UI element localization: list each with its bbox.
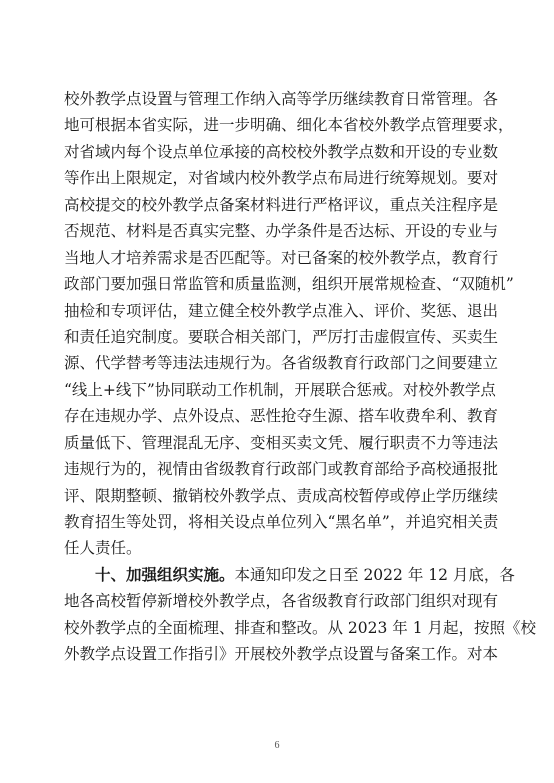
page-number: 6: [0, 740, 554, 751]
section-ten-heading: 十、加强组织实施。: [95, 566, 235, 584]
text-line: 高校提交的校外教学点备案材料进行严格评议，重点关注程序是: [64, 192, 486, 218]
text-line: 外教学点设置工作指引》开展校外教学点设置与备案工作。对本: [64, 641, 486, 667]
text-line: 存在违规办学、点外设点、恶性抢夺生源、搭车收费牟利、教育: [64, 403, 486, 429]
text-line: 对省域内每个设点单位承接的高校校外教学点数和开设的专业数: [64, 139, 486, 165]
section-ten-first-line: 十、加强组织实施。本通知印发之日至 2022 年 12 月底，各: [64, 562, 486, 588]
text-line: 政部门要加强日常监管和质量监测，组织开展常规检查、“双随机”: [64, 271, 486, 297]
body-text: 校外教学点设置与管理工作纳入高等学历继续教育日常管理。各 地可根据本省实际，进一…: [64, 86, 486, 668]
text-line: 当地人才培养需求是否匹配等。对已备案的校外教学点，教育行: [64, 245, 486, 271]
text-line: 质量低下、管理混乱无序、变相买卖文凭、履行职责不力等违法: [64, 430, 486, 456]
text-line: 校外教学点设置与管理工作纳入高等学历继续教育日常管理。各: [64, 86, 486, 112]
text-line: “线上+线下”协同联动工作机制，开展联合惩戒。对校外教学点: [64, 377, 486, 403]
document-page: 校外教学点设置与管理工作纳入高等学历继续教育日常管理。各 地可根据本省实际，进一…: [0, 0, 554, 783]
section-ten-text: 本通知印发之日至 2022 年 12 月底，各: [235, 566, 515, 584]
text-line: 教育招生等处罚，将相关设点单位列入“黑名单”，并追究相关责: [64, 509, 486, 535]
text-line: 地各高校暂停新增校外教学点，各省级教育行政部门组织对现有: [64, 588, 486, 614]
text-line: 违规行为的，视情由省级教育行政部门或教育部给予高校通报批: [64, 456, 486, 482]
text-line: 否规范、材料是否真实完整、办学条件是否达标、开设的专业与: [64, 218, 486, 244]
text-line: 抽检和专项评估，建立健全校外教学点准入、评价、奖惩、退出: [64, 298, 486, 324]
text-line: 任人责任。: [64, 535, 486, 561]
text-line: 地可根据本省实际，进一步明确、细化本省校外教学点管理要求，: [64, 112, 486, 138]
text-line: 等作出上限规定，对省域内校外教学点布局进行统筹规划。要对: [64, 165, 486, 191]
text-line: 源、代学替考等违法违规行为。各省级教育行政部门之间要建立: [64, 350, 486, 376]
text-line: 和责任追究制度。要联合相关部门，严厉打击虚假宣传、买卖生: [64, 324, 486, 350]
text-line: 校外教学点的全面梳理、排查和整改。从 2023 年 1 月起，按照《校: [64, 615, 486, 641]
text-line: 评、限期整顿、撤销校外教学点、责成高校暂停或停止学历继续: [64, 483, 486, 509]
